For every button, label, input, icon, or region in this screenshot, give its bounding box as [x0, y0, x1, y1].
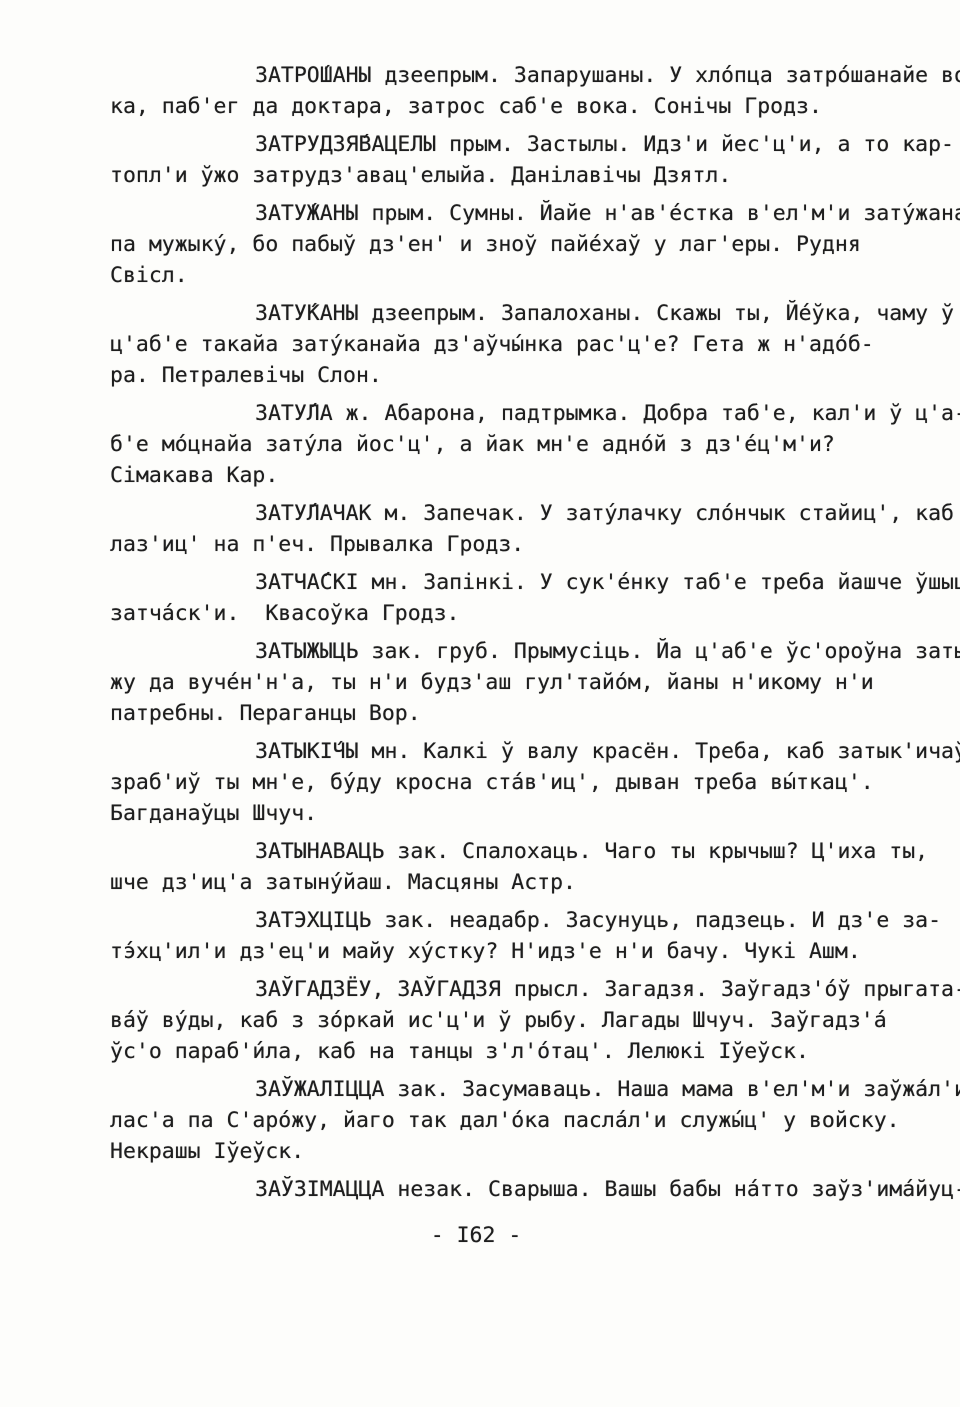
- dictionary-entry: ЗАТУ́ЖАНЫ прым. Сумны. Йайе н'ав'е́стка …: [110, 198, 922, 291]
- dictionary-entry: ЗАТРО́ШАНЫ дзеепрым. Запарушаны. У хло́п…: [110, 60, 922, 122]
- entry-first-line: ЗАЎЖАЛІЦЦА зак. Засумаваць. Наша мама в'…: [110, 1074, 922, 1105]
- entry-first-line: ЗАТРУДЗЯ́ВАЦЕЛЫ прым. Застылы. Идз'и йес…: [110, 129, 922, 160]
- entry-line: топл'и ўжо затрудз'авац'елыйа. Данілавіч…: [110, 160, 922, 191]
- entry-first-line: ЗАТУ́КАНЫ дзеепрым. Запалоханы. Скажы ты…: [110, 298, 922, 329]
- entry-line: жу да вуче́н'н'а, ты н'и будз'аш гул'тай…: [110, 667, 922, 698]
- entry-line: ра. Петралевічы Слон.: [110, 360, 922, 391]
- page-number: - I62 -: [80, 1220, 872, 1251]
- dictionary-entry: ЗАТЫЖЫЦЬ зак. груб. Прымусіць. Йа ц'аб'е…: [110, 636, 922, 729]
- entry-first-line: ЗАТЫКІ́ЧЫ мн. Калкі ў валу красён. Треба…: [110, 736, 922, 767]
- entry-first-line: ЗАТЫЖЫЦЬ зак. груб. Прымусіць. Йа ц'аб'е…: [110, 636, 922, 667]
- entry-first-line: ЗАТЫНАВАЦЬ зак. Спалохаць. Чаго ты крычы…: [110, 836, 922, 867]
- dictionary-entry: ЗАТЫКІ́ЧЫ мн. Калкі ў валу красён. Треба…: [110, 736, 922, 829]
- entry-line: Свісл.: [110, 260, 922, 291]
- entry-line: шче дз'иц'а затыну́йаш. Масцяны Астр.: [110, 867, 922, 898]
- entry-line: лаз'иц' на п'еч. Прывалка Гродз.: [110, 529, 922, 560]
- entry-line: затча́ск'и. Квасоўка Гродз.: [110, 598, 922, 629]
- entry-first-line: ЗАТЧА́СКІ мн. Запінкі. У сук'е́нку таб'е…: [110, 567, 922, 598]
- scanned-page: ЗАТРО́ШАНЫ дзеепрым. Запарушаны. У хло́п…: [0, 0, 960, 1407]
- dictionary-entry: ЗАТЭХЦІЦЬ зак. неадабр. Засунуць, падзец…: [110, 905, 922, 967]
- entry-line: зраб'иў ты мн'е, бу́ду кросна ста́в'иц',…: [110, 767, 922, 798]
- entry-line: патребны. Пераганцы Вор.: [110, 698, 922, 729]
- entry-line: б'е мо́цнайа зату́ла йос'ц', а йак мн'е …: [110, 429, 922, 460]
- entry-first-line: ЗАТУ́ЖАНЫ прым. Сумны. Йайе н'ав'е́стка …: [110, 198, 922, 229]
- dictionary-entry: ЗАТРУДЗЯ́ВАЦЕЛЫ прым. Застылы. Идз'и йес…: [110, 129, 922, 191]
- entry-first-line: ЗАЎГАДЗЁУ, ЗАЎГАДЗЯ прысл. Загадзя. Заўг…: [110, 974, 922, 1005]
- entry-line: ц'аб'е такайа зату́канайа дз'аўчы́нка ра…: [110, 329, 922, 360]
- entry-first-line: ЗАТРО́ШАНЫ дзеепрым. Запарушаны. У хло́п…: [110, 60, 922, 91]
- entry-first-line: ЗАТУ́ЛА ж. Абарона, падтрымка. Добра таб…: [110, 398, 922, 429]
- entry-line: Некрашы Іўеўск.: [110, 1136, 922, 1167]
- dictionary-entry: ЗАТУ́ЛА ж. Абарона, падтрымка. Добра таб…: [110, 398, 922, 491]
- dictionary-entry: ЗАЎГАДЗЁУ, ЗАЎГАДЗЯ прысл. Загадзя. Заўг…: [110, 974, 922, 1067]
- entry-first-line: ЗАЎЗІМАЦЦА незак. Сварыша. Вашы бабы на́…: [110, 1174, 922, 1205]
- entry-line: ка, паб'ег да доктара, затрос саб'е вока…: [110, 91, 922, 122]
- entry-line: па мужыку́, бо пабыў дз'ен' и зноў пайе́…: [110, 229, 922, 260]
- entry-line: ўс'о параб'и́ла, каб на танцы з'л'о́тац'…: [110, 1036, 922, 1067]
- dictionary-entry: ЗАЎЖАЛІЦЦА зак. Засумаваць. Наша мама в'…: [110, 1074, 922, 1167]
- entry-line: ва́ў ву́ды, каб з зо́ркай ис'ц'и ў рыбу.…: [110, 1005, 922, 1036]
- entry-line: Багданаўцы Шчуч.: [110, 798, 922, 829]
- dictionary-entry: ЗАТУ́ЛАЧАК м. Запечак. У зату́лачку сло́…: [110, 498, 922, 560]
- entry-line: лас'а па С'аро́жу, йаго так дал'о́ка пас…: [110, 1105, 922, 1136]
- dictionary-entry: ЗАТЧА́СКІ мн. Запінкі. У сук'е́нку таб'е…: [110, 567, 922, 629]
- dictionary-entry: ЗАЎЗІМАЦЦА незак. Сварыша. Вашы бабы на́…: [110, 1174, 922, 1205]
- dictionary-entries: ЗАТРО́ШАНЫ дзеепрым. Запарушаны. У хло́п…: [110, 60, 922, 1212]
- dictionary-entry: ЗАТУ́КАНЫ дзеепрым. Запалоханы. Скажы ты…: [110, 298, 922, 391]
- entry-first-line: ЗАТЭХЦІЦЬ зак. неадабр. Засунуць, падзец…: [110, 905, 922, 936]
- entry-line: Сімакава Кар.: [110, 460, 922, 491]
- entry-first-line: ЗАТУ́ЛАЧАК м. Запечак. У зату́лачку сло́…: [110, 498, 922, 529]
- dictionary-entry: ЗАТЫНАВАЦЬ зак. Спалохаць. Чаго ты крычы…: [110, 836, 922, 898]
- entry-line: тэ́хц'ил'и дз'ец'и майу ху́стку? Н'идз'е…: [110, 936, 922, 967]
